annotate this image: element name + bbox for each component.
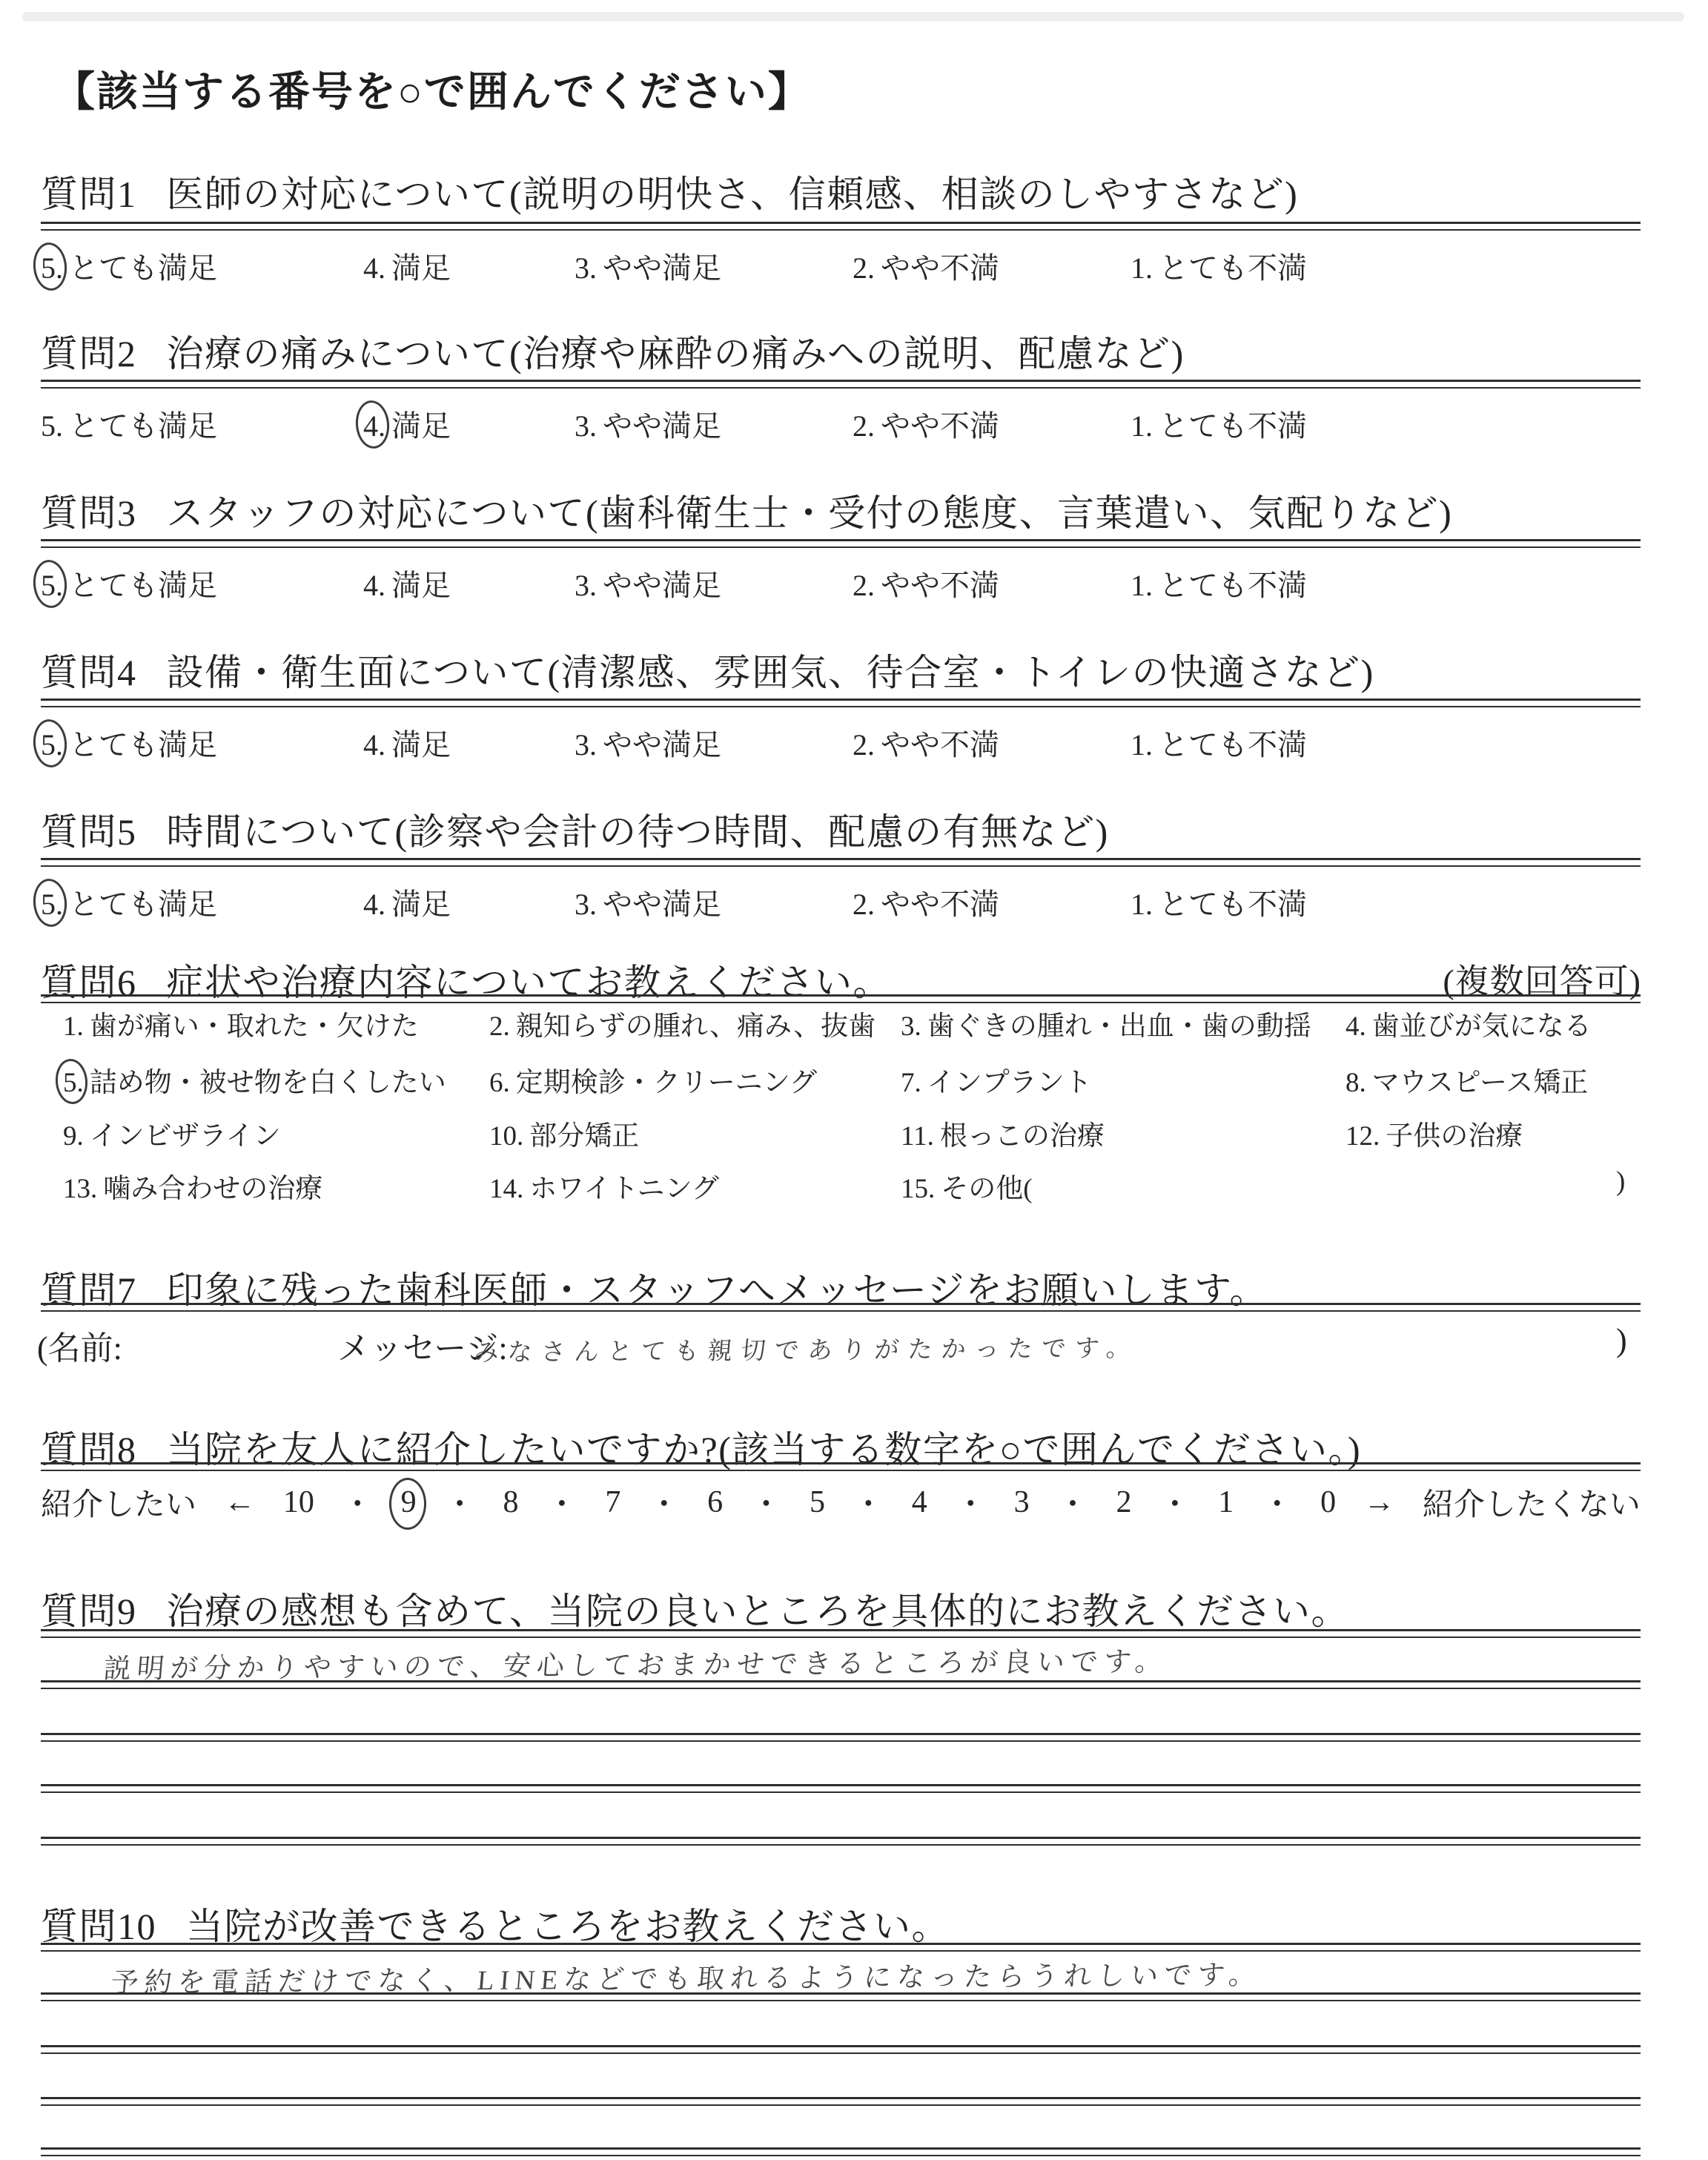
q1-option-5: 5.とても満足 bbox=[41, 245, 217, 287]
q6-item-4: 4.歯並びが気になる bbox=[1345, 1003, 1592, 1043]
q2-option-3-label: やや満足 bbox=[603, 409, 721, 443]
q9-writing-line-3 bbox=[41, 1784, 1641, 1793]
question-3-options: 5.とても満足 4.満足 3.やや満足 2.やや不満 1.とても不満 bbox=[0, 562, 1708, 607]
question-8-divider bbox=[41, 1462, 1641, 1471]
q8-number-10: 10 bbox=[283, 1484, 314, 1520]
q8-number-3: 3 bbox=[1014, 1484, 1030, 1520]
q5-option-4-label: 満足 bbox=[391, 888, 451, 921]
q3-option-4-label: 満足 bbox=[391, 569, 451, 602]
q5-option-1: 1.とても不満 bbox=[1131, 881, 1307, 923]
q6-item-2-number: 2. bbox=[489, 1011, 510, 1042]
q6-item-1-number: 1. bbox=[63, 1011, 84, 1042]
q8-number-1: 1 bbox=[1218, 1484, 1234, 1520]
q2-option-2-label: やや不満 bbox=[881, 409, 999, 443]
q2-option-2: 2.やや不満 bbox=[853, 403, 999, 445]
q6-item-14-label: ホワイトニング bbox=[529, 1174, 719, 1204]
q1-option-3-number: 3. bbox=[575, 251, 597, 285]
q8-left-label: 紹介したい bbox=[41, 1480, 196, 1525]
q9-writing-line-2 bbox=[41, 1733, 1641, 1742]
q1-option-4-number: 4. bbox=[363, 251, 385, 285]
q4-option-4: 4.満足 bbox=[363, 721, 451, 764]
q6-item-3: 3.歯ぐきの腫れ・出血・歯の動揺 bbox=[901, 1003, 1311, 1043]
q8-number-8: 8 bbox=[503, 1484, 518, 1520]
q6-item-4-label: 歯並びが気になる bbox=[1372, 1011, 1592, 1042]
q1-option-4-label: 満足 bbox=[391, 251, 451, 285]
q4-option-3-label: やや満足 bbox=[603, 728, 721, 762]
q2-option-1-number: 1. bbox=[1131, 409, 1153, 443]
q8-separator: ・ bbox=[955, 1480, 986, 1525]
question-4-divider bbox=[41, 698, 1641, 707]
q2-option-4-label: 満足 bbox=[391, 409, 451, 443]
q3-option-5: 5.とても満足 bbox=[41, 562, 217, 604]
q9-handwritten-answer: 説明が分かりやすいので、安心しておまかせできるところが良いです。 bbox=[102, 1639, 1171, 1686]
q4-option-5: 5.とても満足 bbox=[41, 721, 217, 764]
question-2-text: 治療の痛みについて(治療や麻酔の痛みへの説明、配慮など) bbox=[167, 333, 1185, 374]
question-5-options: 5.とても満足 4.満足 3.やや満足 2.やや不満 1.とても不満 bbox=[0, 881, 1708, 925]
q4-answer-circle: 5. bbox=[41, 727, 63, 762]
q2-option-3-number: 3. bbox=[575, 409, 597, 443]
q6-item-6-number: 6. bbox=[489, 1068, 510, 1098]
q9-writing-line-1 bbox=[41, 1680, 1641, 1689]
q5-option-4-number: 4. bbox=[363, 888, 385, 921]
q5-option-1-label: とても不満 bbox=[1159, 888, 1307, 921]
survey-form: 【該当する番号を○で囲んでください】 質問1医師の対応について(説明の明快さ、信… bbox=[0, 0, 1708, 2160]
q6-item-6-label: 定期検診・クリーニング bbox=[516, 1068, 817, 1098]
q6-item-6: 6.定期検診・クリーニング bbox=[489, 1060, 817, 1100]
q8-answer-circle: 9 bbox=[401, 1484, 417, 1520]
q5-option-2-number: 2. bbox=[853, 888, 875, 921]
q3-option-2-label: やや不満 bbox=[881, 569, 999, 602]
question-2-options: 5.とても満足 4.満足 3.やや満足 2.やや不満 1.とても不満 bbox=[0, 403, 1708, 447]
q8-left-arrow-icon: ← bbox=[224, 1484, 255, 1520]
q6-item-11-label: 根っこの治療 bbox=[940, 1121, 1105, 1152]
q5-option-3-label: やや満足 bbox=[603, 888, 721, 921]
question-9-number: 質問9 bbox=[41, 1591, 137, 1632]
q10-writing-line-1 bbox=[41, 1992, 1641, 2001]
q7-handwritten-message: みなさんとても親切でありがたかったです。 bbox=[473, 1329, 1141, 1368]
q1-option-2-label: やや不満 bbox=[881, 251, 999, 285]
q4-option-1: 1.とても不満 bbox=[1131, 721, 1307, 764]
q1-option-1-number: 1. bbox=[1131, 251, 1153, 285]
q6-item-5-label: 詰め物・被せ物を白くしたい bbox=[90, 1068, 446, 1098]
q3-option-3-number: 3. bbox=[575, 569, 597, 602]
q3-option-1: 1.とても不満 bbox=[1131, 562, 1307, 604]
q6-item-15-close-paren: ) bbox=[1616, 1166, 1625, 1198]
q6-item-8-number: 8. bbox=[1345, 1068, 1366, 1098]
q6-item-11-number: 11. bbox=[901, 1121, 934, 1152]
q8-separator: ・ bbox=[751, 1480, 782, 1525]
q1-option-1-label: とても不満 bbox=[1159, 251, 1307, 285]
q1-option-3: 3.やや満足 bbox=[575, 245, 721, 287]
question-4-options: 5.とても満足 4.満足 3.やや満足 2.やや不満 1.とても不満 bbox=[0, 721, 1708, 766]
question-7-divider bbox=[41, 1303, 1641, 1312]
q4-option-3-number: 3. bbox=[575, 728, 597, 762]
q8-number-2: 2 bbox=[1116, 1484, 1131, 1520]
question-4-number: 質問4 bbox=[41, 652, 137, 693]
q5-option-5: 5.とても満足 bbox=[41, 881, 217, 923]
q6-item-5: 5.詰め物・被せ物を白くしたい bbox=[63, 1060, 446, 1100]
q2-option-5-number: 5. bbox=[41, 409, 63, 443]
q6-item-13-label: 噛み合わせの治療 bbox=[103, 1174, 322, 1204]
q1-option-2: 2.やや不満 bbox=[853, 245, 999, 287]
q6-answer-circle: 5. bbox=[63, 1067, 84, 1099]
q4-option-4-number: 4. bbox=[363, 728, 385, 762]
q5-option-2-label: やや不満 bbox=[881, 888, 999, 921]
q6-item-12-number: 12. bbox=[1345, 1121, 1380, 1152]
question-2-number: 質問2 bbox=[41, 333, 137, 374]
question-5-divider bbox=[41, 858, 1641, 867]
q6-item-10-number: 10. bbox=[489, 1121, 523, 1152]
question-3-text: スタッフの対応について(歯科衛生士・受付の態度、言葉遣い、気配りなど) bbox=[167, 492, 1453, 534]
q8-separator: ・ bbox=[342, 1480, 373, 1525]
q6-item-12-label: 子供の治療 bbox=[1386, 1121, 1523, 1152]
question-5-title: 質問5時間について(診察や会計の待つ時間、配慮の有無など) bbox=[41, 802, 1109, 856]
q4-option-2-number: 2. bbox=[853, 728, 875, 762]
question-2-divider bbox=[41, 380, 1641, 389]
q8-separator: ・ bbox=[649, 1480, 680, 1525]
q7-name-label: (名前: bbox=[37, 1321, 122, 1369]
question-1-options: 5.とても満足 4.満足 3.やや満足 2.やや不満 1.とても不満 bbox=[0, 245, 1708, 289]
q2-option-2-number: 2. bbox=[853, 409, 875, 443]
q6-item-10: 10.部分矯正 bbox=[489, 1113, 639, 1153]
q4-option-4-label: 満足 bbox=[391, 728, 451, 762]
q3-option-3-label: やや満足 bbox=[603, 569, 721, 602]
q6-item-1: 1.歯が痛い・取れた・欠けた bbox=[63, 1003, 419, 1043]
q8-separator: ・ bbox=[1057, 1480, 1088, 1525]
q6-item-12: 12.子供の治療 bbox=[1345, 1113, 1523, 1153]
q6-item-8: 8.マウスピース矯正 bbox=[1345, 1060, 1588, 1100]
q6-item-13-number: 13. bbox=[63, 1174, 97, 1204]
q5-option-3-number: 3. bbox=[575, 888, 597, 921]
q3-answer-circle: 5. bbox=[41, 568, 63, 603]
q3-option-5-label: とても満足 bbox=[69, 569, 217, 602]
q5-option-5-label: とても満足 bbox=[69, 888, 217, 921]
q3-option-4-number: 4. bbox=[363, 569, 385, 602]
question-5-number: 質問5 bbox=[41, 811, 137, 853]
q6-item-7-label: インプラント bbox=[927, 1068, 1092, 1098]
question-9-text: 治療の感想も含めて、当院の良いところを具体的にお教えください。 bbox=[167, 1591, 1350, 1632]
q6-item-7: 7.インプラント bbox=[901, 1060, 1092, 1100]
q3-option-3: 3.やや満足 bbox=[575, 562, 721, 604]
q2-option-5: 5.とても満足 bbox=[41, 403, 217, 445]
q1-option-1: 1.とても不満 bbox=[1131, 245, 1307, 287]
q4-option-3: 3.やや満足 bbox=[575, 721, 721, 764]
question-9-title: 質問9治療の感想も含めて、当院の良いところを具体的にお教えください。 bbox=[41, 1582, 1349, 1635]
q8-number-0: 0 bbox=[1320, 1484, 1336, 1520]
q8-right-arrow-icon: → bbox=[1364, 1484, 1395, 1520]
scan-edge-artifact bbox=[22, 12, 1684, 22]
q8-separator: ・ bbox=[546, 1480, 577, 1525]
q8-separator: ・ bbox=[853, 1480, 884, 1525]
q6-item-11: 11.根っこの治療 bbox=[901, 1113, 1105, 1153]
q3-option-2-number: 2. bbox=[853, 569, 875, 602]
q6-item-8-label: マウスピース矯正 bbox=[1372, 1068, 1589, 1098]
q6-item-13: 13.噛み合わせの治療 bbox=[63, 1166, 322, 1206]
q9-writing-line-4 bbox=[41, 1837, 1641, 1846]
q4-option-5-label: とても満足 bbox=[69, 728, 217, 762]
q6-item-15-label: その他( bbox=[941, 1174, 1032, 1204]
q6-item-4-number: 4. bbox=[1345, 1011, 1366, 1042]
q8-separator: ・ bbox=[1159, 1480, 1191, 1525]
q8-separator: ・ bbox=[444, 1480, 475, 1525]
q4-option-1-number: 1. bbox=[1131, 728, 1153, 762]
q6-item-9: 9.インビザライン bbox=[63, 1113, 281, 1153]
q1-option-4: 4.満足 bbox=[363, 245, 451, 287]
question-1-title: 質問1医師の対応について(説明の明快さ、信頼感、相談のしやすさなど) bbox=[41, 165, 1298, 218]
q4-option-2: 2.やや不満 bbox=[853, 721, 999, 764]
q2-option-3: 3.やや満足 bbox=[575, 403, 721, 445]
q1-answer-circle: 5. bbox=[41, 251, 63, 285]
q10-writing-line-4 bbox=[41, 2147, 1641, 2156]
q6-item-3-number: 3. bbox=[901, 1011, 921, 1042]
question-6-divider bbox=[41, 994, 1641, 1003]
question-2-title: 質問2治療の痛みについて(治療や麻酔の痛みへの説明、配慮など) bbox=[41, 324, 1185, 377]
question-10-number: 質問10 bbox=[41, 1906, 156, 1947]
q8-nps-scale: 紹介したい ← 10 ・ 9 ・ 8 ・ 7 ・ 6 ・ 5 ・ 4 ・ 3 ・… bbox=[41, 1480, 1641, 1525]
q6-item-9-number: 9. bbox=[63, 1121, 84, 1152]
question-1-text: 医師の対応について(説明の明快さ、信頼感、相談のしやすさなど) bbox=[167, 174, 1299, 215]
q6-item-14: 14.ホワイトニング bbox=[489, 1166, 719, 1206]
question-4-text: 設備・衛生面について(清潔感、雰囲気、待合室・トイレの快適さなど) bbox=[167, 652, 1374, 693]
q2-answer-circle: 4. bbox=[363, 409, 385, 443]
q1-option-5-label: とても満足 bbox=[69, 251, 217, 285]
q8-separator: ・ bbox=[1262, 1480, 1293, 1525]
q3-option-2: 2.やや不満 bbox=[853, 562, 999, 604]
q4-option-2-label: やや不満 bbox=[881, 728, 999, 762]
q6-item-15: 15.その他( bbox=[901, 1166, 1033, 1206]
q2-option-4: 4.満足 bbox=[363, 403, 451, 445]
q8-right-label: 紹介したくない bbox=[1423, 1480, 1641, 1525]
q5-option-1-number: 1. bbox=[1131, 888, 1153, 921]
q8-number-5: 5 bbox=[810, 1484, 825, 1520]
form-title: 【該当する番号を○で囲んでください】 bbox=[53, 59, 811, 119]
q6-item-2: 2.親知らずの腫れ、痛み、抜歯 bbox=[489, 1003, 875, 1043]
q3-option-4: 4.満足 bbox=[363, 562, 451, 604]
q2-option-1-label: とても不満 bbox=[1159, 409, 1307, 443]
q6-item-14-number: 14. bbox=[489, 1174, 523, 1204]
q5-answer-circle: 5. bbox=[41, 887, 63, 922]
question-10-text: 当院が改善できるところをお教えください。 bbox=[186, 1906, 950, 1947]
q3-option-1-label: とても不満 bbox=[1159, 569, 1307, 602]
q5-option-4: 4.満足 bbox=[363, 881, 451, 923]
question-5-text: 時間について(診察や会計の待つ時間、配慮の有無など) bbox=[167, 811, 1109, 853]
q7-close-paren: ) bbox=[1616, 1321, 1627, 1359]
question-3-divider bbox=[41, 539, 1641, 548]
q6-item-1-label: 歯が痛い・取れた・欠けた bbox=[90, 1011, 419, 1042]
q6-item-15-number: 15. bbox=[901, 1174, 935, 1204]
q1-option-2-number: 2. bbox=[853, 251, 875, 285]
q1-option-3-label: やや満足 bbox=[603, 251, 721, 285]
q8-number-7: 7 bbox=[605, 1484, 620, 1520]
q6-item-3-label: 歯ぐきの腫れ・出血・歯の動揺 bbox=[927, 1011, 1311, 1042]
q8-number-4: 4 bbox=[912, 1484, 927, 1520]
question-9-divider bbox=[41, 1629, 1641, 1638]
question-3-title: 質問3スタッフの対応について(歯科衛生士・受付の態度、言葉遣い、気配りなど) bbox=[41, 483, 1452, 537]
q6-item-9-label: インビザライン bbox=[90, 1121, 281, 1152]
question-10-divider bbox=[41, 1943, 1641, 1952]
q6-item-2-label: 親知らずの腫れ、痛み、抜歯 bbox=[516, 1011, 875, 1042]
q5-option-2: 2.やや不満 bbox=[853, 881, 999, 923]
q2-option-5-label: とても満足 bbox=[69, 409, 217, 443]
q6-item-10-label: 部分矯正 bbox=[529, 1121, 639, 1152]
q3-option-1-number: 1. bbox=[1131, 569, 1153, 602]
question-3-number: 質問3 bbox=[41, 492, 137, 534]
q8-number-6: 6 bbox=[707, 1484, 723, 1520]
q5-option-3: 3.やや満足 bbox=[575, 881, 721, 923]
q10-writing-line-2 bbox=[41, 2045, 1641, 2054]
q10-writing-line-3 bbox=[41, 2097, 1641, 2106]
q4-option-1-label: とても不満 bbox=[1159, 728, 1307, 762]
question-1-divider bbox=[41, 222, 1641, 231]
question-4-title: 質問4設備・衛生面について(清潔感、雰囲気、待合室・トイレの快適さなど) bbox=[41, 643, 1374, 696]
q6-item-7-number: 7. bbox=[901, 1068, 921, 1098]
q2-option-1: 1.とても不満 bbox=[1131, 403, 1307, 445]
question-1-number: 質問1 bbox=[41, 174, 137, 215]
